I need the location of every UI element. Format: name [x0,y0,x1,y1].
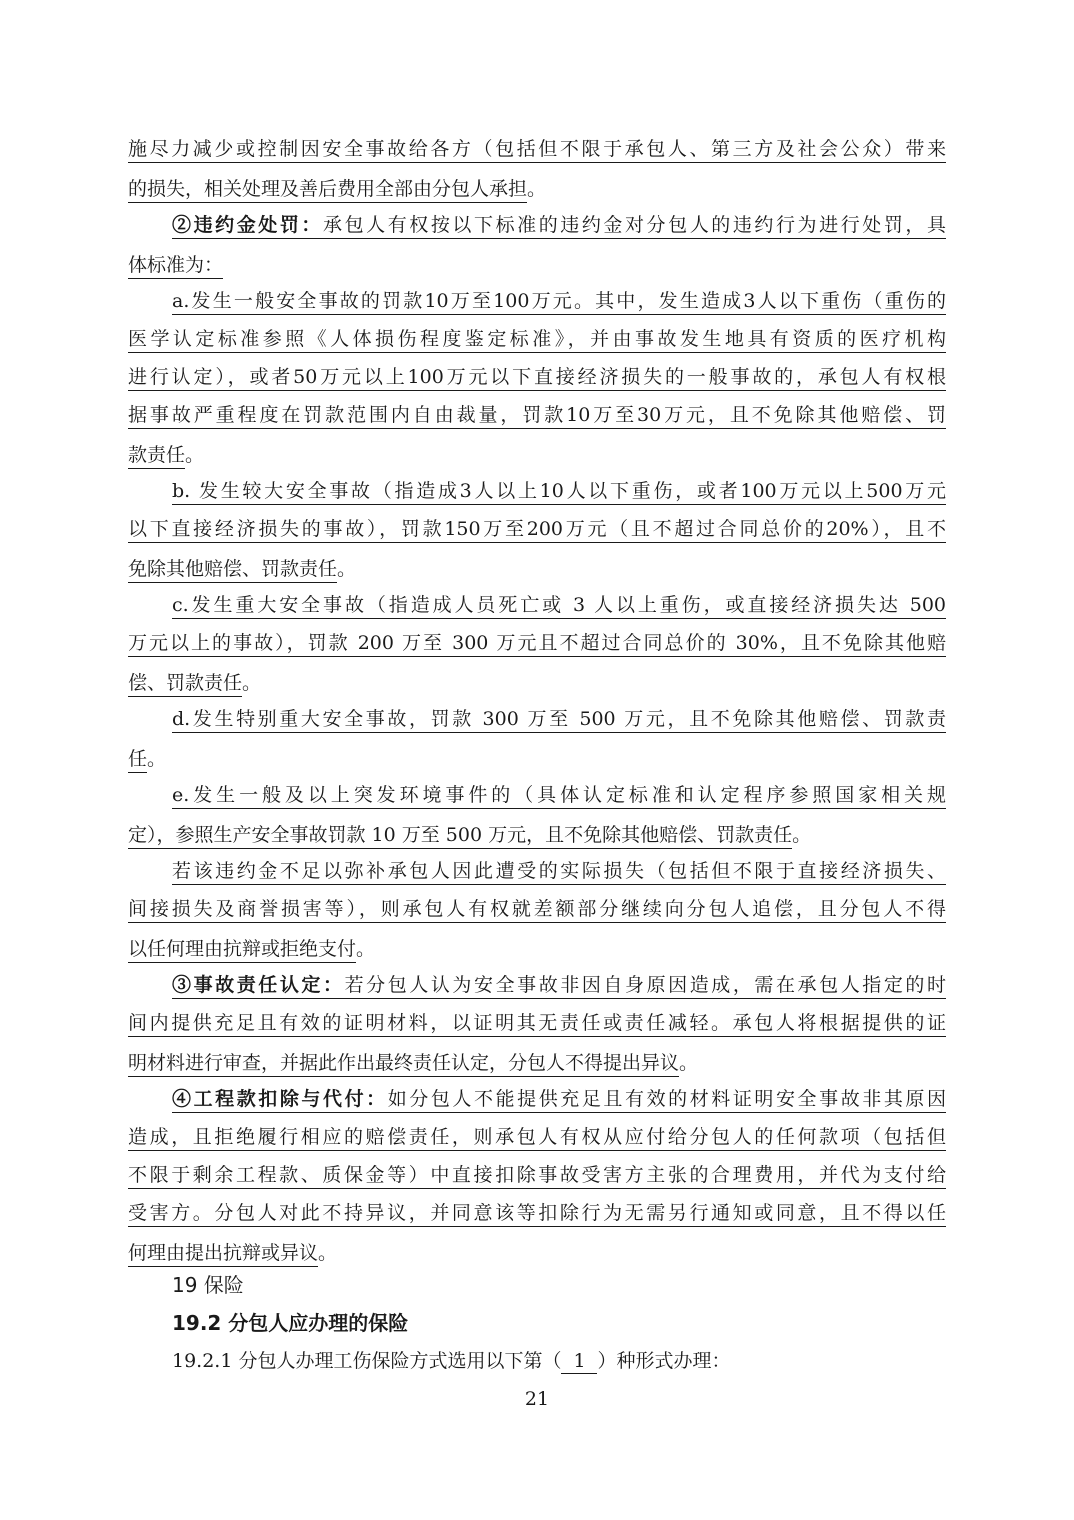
text-line: c.发生重大安全事故（指造成人员死亡或 3 人以上重伤，或直接经济损失达 500 [172,592,946,622]
underlined-text: 明材料进行审查，并据此作出最终责任认定，分包人不得提出异议 [128,1050,679,1077]
line-text: 间内提供充足且有效的证明材料，以证明其无责任或责任减轻。承包人将根据提供的证 [128,1012,946,1034]
bold-clause-label: ③事故责任认定： [172,974,345,996]
text-line: 款责任。 [128,440,946,470]
text-line: 造成，且拒绝履行相应的赔偿责任，则承包人有权从应付给分包人的任何款项（包括但 [128,1124,946,1154]
underlined-text: 间内提供充足且有效的证明材料，以证明其无责任或责任减轻。承包人将根据提供的证 [128,1010,946,1037]
underlined-text: 体标准为： [128,252,223,279]
line-text: 何理由提出抗辩或异议 [128,1242,318,1264]
line-text: 若分包人认为安全事故非因自身原因造成，需在承包人指定的时 [345,974,946,996]
text-line: d.发生特别重大安全事故，罚款 300 万至 500 万元，且不免除其他赔偿、罚… [172,706,946,736]
text-line: 进行认定），或者50万元以上100万元以下直接经济损失的一般事故的，承包人有权根 [128,364,946,394]
underlined-text: 何理由提出抗辩或异议 [128,1240,318,1267]
text-line: 万元以上的事故），罚款 200 万至 300 万元且不超过合同总价的 30%，且… [128,630,946,660]
bold-clause-label: ④工程款扣除与代付： [172,1088,388,1110]
section-heading: 19 保险 [172,1270,244,1300]
line-text: 如分包人不能提供充足且有效的材料证明安全事故非其原因 [388,1088,946,1110]
underlined-text: d.发生特别重大安全事故，罚款 300 万至 500 万元，且不免除其他赔偿、罚… [172,706,946,733]
text-line: 若该违约金不足以弥补承包人因此遭受的实际损失（包括但不限于直接经济损失、 [172,858,946,888]
line-text: 医学认定标准参照《人体损伤程度鉴定标准》，并由事故发生地具有资质的医疗机构 [128,328,946,350]
clause-suffix: ）种形式办理： [597,1350,730,1372]
text-line: 任。 [128,744,946,774]
underlined-text: e.发生一般及以上突发环境事件的（具体认定标准和认定程序参照国家相关规 [172,782,946,809]
line-text: d.发生特别重大安全事故，罚款 300 万至 500 万元，且不免除其他赔偿、罚… [172,708,946,730]
clause-prefix: 19.2.1 分包人办理工伤保险方式选用以下第（ [172,1350,561,1372]
text-line: 何理由提出抗辩或异议。 [128,1238,946,1268]
underlined-text: 进行认定），或者50万元以上100万元以下直接经济损失的一般事故的，承包人有权根 [128,364,946,391]
line-text: 若该违约金不足以弥补承包人因此遭受的实际损失（包括但不限于直接经济损失、 [172,860,946,882]
underlined-text: 的损失，相关处理及善后费用全部由分包人承担 [128,176,527,203]
line-text: 进行认定），或者50万元以上100万元以下直接经济损失的一般事故的，承包人有权根 [128,366,946,388]
line-text: a.发生一般安全事故的罚款10万至100万元。其中，发生造成3人以下重伤（重伤的 [172,290,946,312]
underlined-text: 万元以上的事故），罚款 200 万至 300 万元且不超过合同总价的 30%，且… [128,630,946,657]
line-text: 不限于剩余工程款、质保金等）中直接扣除事故受害方主张的合理费用，并代为支付给 [128,1164,946,1186]
underlined-text: c.发生重大安全事故（指造成人员死亡或 3 人以上重伤，或直接经济损失达 500 [172,592,946,619]
line-text: 免除其他赔偿、罚款责任 [128,558,337,580]
text-line: b. 发生较大安全事故（指造成3人以上10人以下重伤，或者100万元以上500万… [172,478,946,508]
underlined-text: 偿、罚款责任 [128,670,242,697]
line-tail-punctuation: 。 [147,748,166,770]
line-tail-punctuation: 。 [242,672,261,694]
text-line: 体标准为： [128,250,946,280]
text-line: 不限于剩余工程款、质保金等）中直接扣除事故受害方主张的合理费用，并代为支付给 [128,1162,946,1192]
line-tail-punctuation: 。 [792,824,811,846]
underlined-text: 造成，且拒绝履行相应的赔偿责任，则承包人有权从应付给分包人的任何款项（包括但 [128,1124,946,1151]
text-line: 免除其他赔偿、罚款责任。 [128,554,946,584]
text-line: 施尽力减少或控制因安全事故给各方（包括但不限于承包人、第三方及社会公众）带来 [128,136,946,166]
text-line: ②违约金处罚：承包人有权按以下标准的违约金对分包人的违约行为进行处罚，具 [172,212,946,242]
page-number: 21 [0,1388,1074,1410]
line-text: 万元以上的事故），罚款 200 万至 300 万元且不超过合同总价的 30%，且… [128,632,946,654]
underlined-text: ③事故责任认定：若分包人认为安全事故非因自身原因造成，需在承包人指定的时 [172,972,946,999]
line-tail-punctuation: 。 [185,444,204,466]
underlined-text: 若该违约金不足以弥补承包人因此遭受的实际损失（包括但不限于直接经济损失、 [172,858,946,885]
underlined-text: a.发生一般安全事故的罚款10万至100万元。其中，发生造成3人以下重伤（重伤的 [172,288,946,315]
line-text: 明材料进行审查，并据此作出最终责任认定，分包人不得提出异议 [128,1052,679,1074]
line-tail-punctuation: 。 [337,558,356,580]
text-line: e.发生一般及以上突发环境事件的（具体认定标准和认定程序参照国家相关规 [172,782,946,812]
line-text: 间接损失及商誉损害等），则承包人有权就差额部分继续向分包人追偿，且分包人不得 [128,898,946,920]
line-text: 的损失，相关处理及善后费用全部由分包人承担 [128,178,527,200]
underlined-text: 以下直接经济损失的事故），罚款150万至200万元（且不超过合同总价的20%），… [128,516,946,543]
line-text: 受害方。分包人对此不持异议，并同意该等扣除行为无需另行通知或同意，且不得以任 [128,1202,946,1224]
line-text: 据事故严重程度在罚款范围内自由裁量，罚款10万至30万元，且不免除其他赔偿、罚 [128,404,946,426]
line-text: 任 [128,748,147,770]
line-tail-punctuation: 。 [356,938,375,960]
text-line: 偿、罚款责任。 [128,668,946,698]
line-text: 以任何理由抗辩或拒绝支付 [128,938,356,960]
text-line: 以任何理由抗辩或拒绝支付。 [128,934,946,964]
underlined-text: 受害方。分包人对此不持异议，并同意该等扣除行为无需另行通知或同意，且不得以任 [128,1200,946,1227]
text-line: 的损失，相关处理及善后费用全部由分包人承担。 [128,174,946,204]
line-tail-punctuation: 。 [318,1242,337,1264]
text-line: 以下直接经济损失的事故），罚款150万至200万元（且不超过合同总价的20%），… [128,516,946,546]
line-text: 施尽力减少或控制因安全事故给各方（包括但不限于承包人、第三方及社会公众）带来 [128,138,946,160]
line-tail-punctuation: 。 [527,178,546,200]
document-page: 施尽力减少或控制因安全事故给各方（包括但不限于承包人、第三方及社会公众）带来的损… [0,0,1074,1520]
subsection-heading: 19.2 分包人应办理的保险 [172,1308,408,1338]
underlined-text: 间接损失及商誉损害等），则承包人有权就差额部分继续向分包人追偿，且分包人不得 [128,896,946,923]
underlined-text: 任 [128,746,147,773]
text-line: 医学认定标准参照《人体损伤程度鉴定标准》，并由事故发生地具有资质的医疗机构 [128,326,946,356]
line-text: e.发生一般及以上突发环境事件的（具体认定标准和认定程序参照国家相关规 [172,784,946,806]
line-text: 以下直接经济损失的事故），罚款150万至200万元（且不超过合同总价的20%），… [128,518,946,540]
text-line: 间内提供充足且有效的证明材料，以证明其无责任或责任减轻。承包人将根据提供的证 [128,1010,946,1040]
text-line: 定），参照生产安全事故罚款 10 万至 500 万元，且不免除其他赔偿、罚款责任… [128,820,946,850]
underlined-text: 款责任 [128,442,185,469]
underlined-text: 定），参照生产安全事故罚款 10 万至 500 万元，且不免除其他赔偿、罚款责任 [128,822,792,849]
text-line: 间接损失及商誉损害等），则承包人有权就差额部分继续向分包人追偿，且分包人不得 [128,896,946,926]
line-text: b. 发生较大安全事故（指造成3人以上10人以下重伤，或者100万元以上500万… [172,480,946,502]
underlined-text: 不限于剩余工程款、质保金等）中直接扣除事故受害方主张的合理费用，并代为支付给 [128,1162,946,1189]
text-line: 明材料进行审查，并据此作出最终责任认定，分包人不得提出异议。 [128,1048,946,1078]
underlined-text: 医学认定标准参照《人体损伤程度鉴定标准》，并由事故发生地具有资质的医疗机构 [128,326,946,353]
underlined-text: b. 发生较大安全事故（指造成3人以上10人以下重伤，或者100万元以上500万… [172,478,946,505]
text-line: 受害方。分包人对此不持异议，并同意该等扣除行为无需另行通知或同意，且不得以任 [128,1200,946,1230]
text-line: ③事故责任认定：若分包人认为安全事故非因自身原因造成，需在承包人指定的时 [172,972,946,1002]
clause-fill-blank: 1 [561,1349,597,1374]
line-text: 造成，且拒绝履行相应的赔偿责任，则承包人有权从应付给分包人的任何款项（包括但 [128,1126,946,1148]
line-text: 偿、罚款责任 [128,672,242,694]
underlined-text: 据事故严重程度在罚款范围内自由裁量，罚款10万至30万元，且不免除其他赔偿、罚 [128,402,946,429]
underlined-text: 以任何理由抗辩或拒绝支付 [128,936,356,963]
line-text: 定），参照生产安全事故罚款 10 万至 500 万元，且不免除其他赔偿、罚款责任 [128,824,792,846]
text-line: 据事故严重程度在罚款范围内自由裁量，罚款10万至30万元，且不免除其他赔偿、罚 [128,402,946,432]
line-tail-punctuation: 。 [679,1052,698,1074]
line-text: 体标准为： [128,254,223,276]
underlined-text: 施尽力减少或控制因安全事故给各方（包括但不限于承包人、第三方及社会公众）带来 [128,136,946,163]
text-line: a.发生一般安全事故的罚款10万至100万元。其中，发生造成3人以下重伤（重伤的 [172,288,946,318]
text-line: ④工程款扣除与代付：如分包人不能提供充足且有效的材料证明安全事故非其原因 [172,1086,946,1116]
underlined-text: ②违约金处罚：承包人有权按以下标准的违约金对分包人的违约行为进行处罚，具 [172,212,946,239]
underlined-text: ④工程款扣除与代付：如分包人不能提供充足且有效的材料证明安全事故非其原因 [172,1086,946,1113]
clause-19-2-1: 19.2.1 分包人办理工伤保险方式选用以下第（1）种形式办理： [172,1346,731,1376]
line-text: c.发生重大安全事故（指造成人员死亡或 3 人以上重伤，或直接经济损失达 500 [172,594,946,616]
line-text: 款责任 [128,444,185,466]
bold-clause-label: ②违约金处罚： [172,214,323,236]
underlined-text: 免除其他赔偿、罚款责任 [128,556,337,583]
line-text: 承包人有权按以下标准的违约金对分包人的违约行为进行处罚，具 [323,214,946,236]
